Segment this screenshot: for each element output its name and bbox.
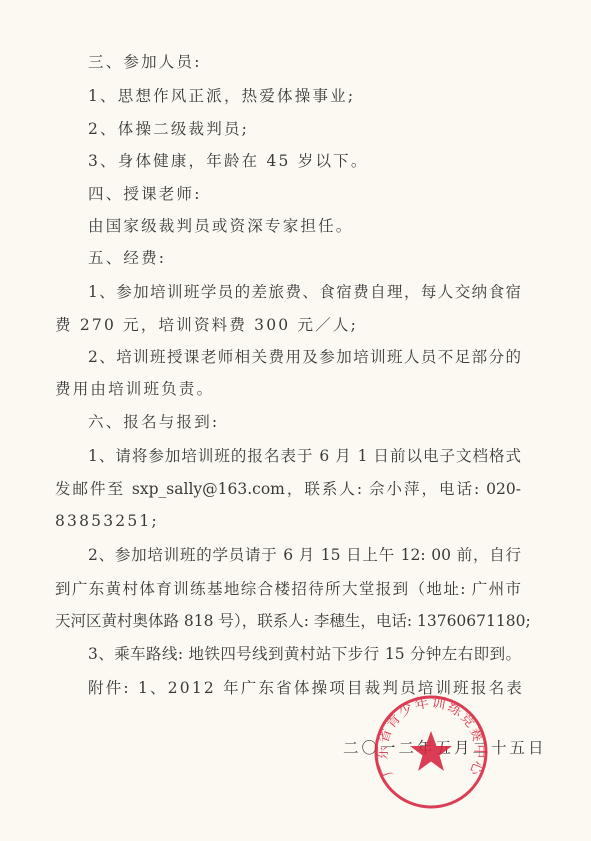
document-page: 三、参加人员: 1、思想作风正派，热爱体操事业; 2、体操二级裁判员; 3、身体… — [0, 0, 591, 841]
registration-item-1-line-3: 83853251; — [55, 511, 159, 531]
registration-item-1-line-2: 发邮件至 sxp_sally@163.com，联系人: 佘小萍，电话: 020- — [55, 479, 521, 499]
registration-item-2-line-2: 到广东黄村体育训练基地综合楼招待所大堂报到（地址: 广州市 — [55, 579, 521, 599]
star-icon — [410, 731, 452, 771]
fees-item-1-line-2: 费 270 元，培训资料费 300 元／人; — [55, 315, 358, 335]
section-heading-instructors: 四、授课老师: — [88, 184, 202, 204]
registration-item-2-line-3: 天河区黄村奥体路 818 号），联系人: 李穗生，电话: 13760671180… — [55, 611, 521, 631]
participant-requirement-1: 1、思想作风正派，热爱体操事业; — [88, 86, 355, 106]
official-seal: 广东省青少年训练竞赛中心 — [372, 693, 490, 811]
section-heading-participants: 三、参加人员: — [88, 52, 202, 72]
registration-item-3: 3、乘车路线: 地铁四号线到黄村站下步行 15 分钟左右即到。 — [88, 644, 521, 664]
fees-item-1-line-1: 1、参加培训班学员的差旅费、食宿费自理，每人交纳食宿 — [88, 282, 521, 302]
participant-requirement-2: 2、体操二级裁判员; — [88, 119, 249, 139]
fees-item-2-line-2: 费用由培训班负责。 — [55, 379, 214, 399]
instructors-body: 由国家级裁判员或资深专家担任。 — [88, 216, 354, 236]
fees-item-2-line-1: 2、培训班授课老师相关费用及参加培训班人员不足部分的 — [88, 347, 521, 367]
participant-requirement-3: 3、身体健康，年龄在 45 岁以下。 — [88, 151, 369, 171]
registration-item-1-line-1: 1、请将参加培训班的报名表于 6 月 1 日前以电子文档格式 — [88, 446, 521, 466]
section-heading-fees: 五、经费: — [88, 248, 166, 268]
section-heading-registration: 六、报名与报到: — [88, 412, 219, 432]
registration-item-2-line-1: 2、参加培训班的学员请于 6 月 15 日上午 12: 00 前，自行 — [88, 545, 521, 565]
